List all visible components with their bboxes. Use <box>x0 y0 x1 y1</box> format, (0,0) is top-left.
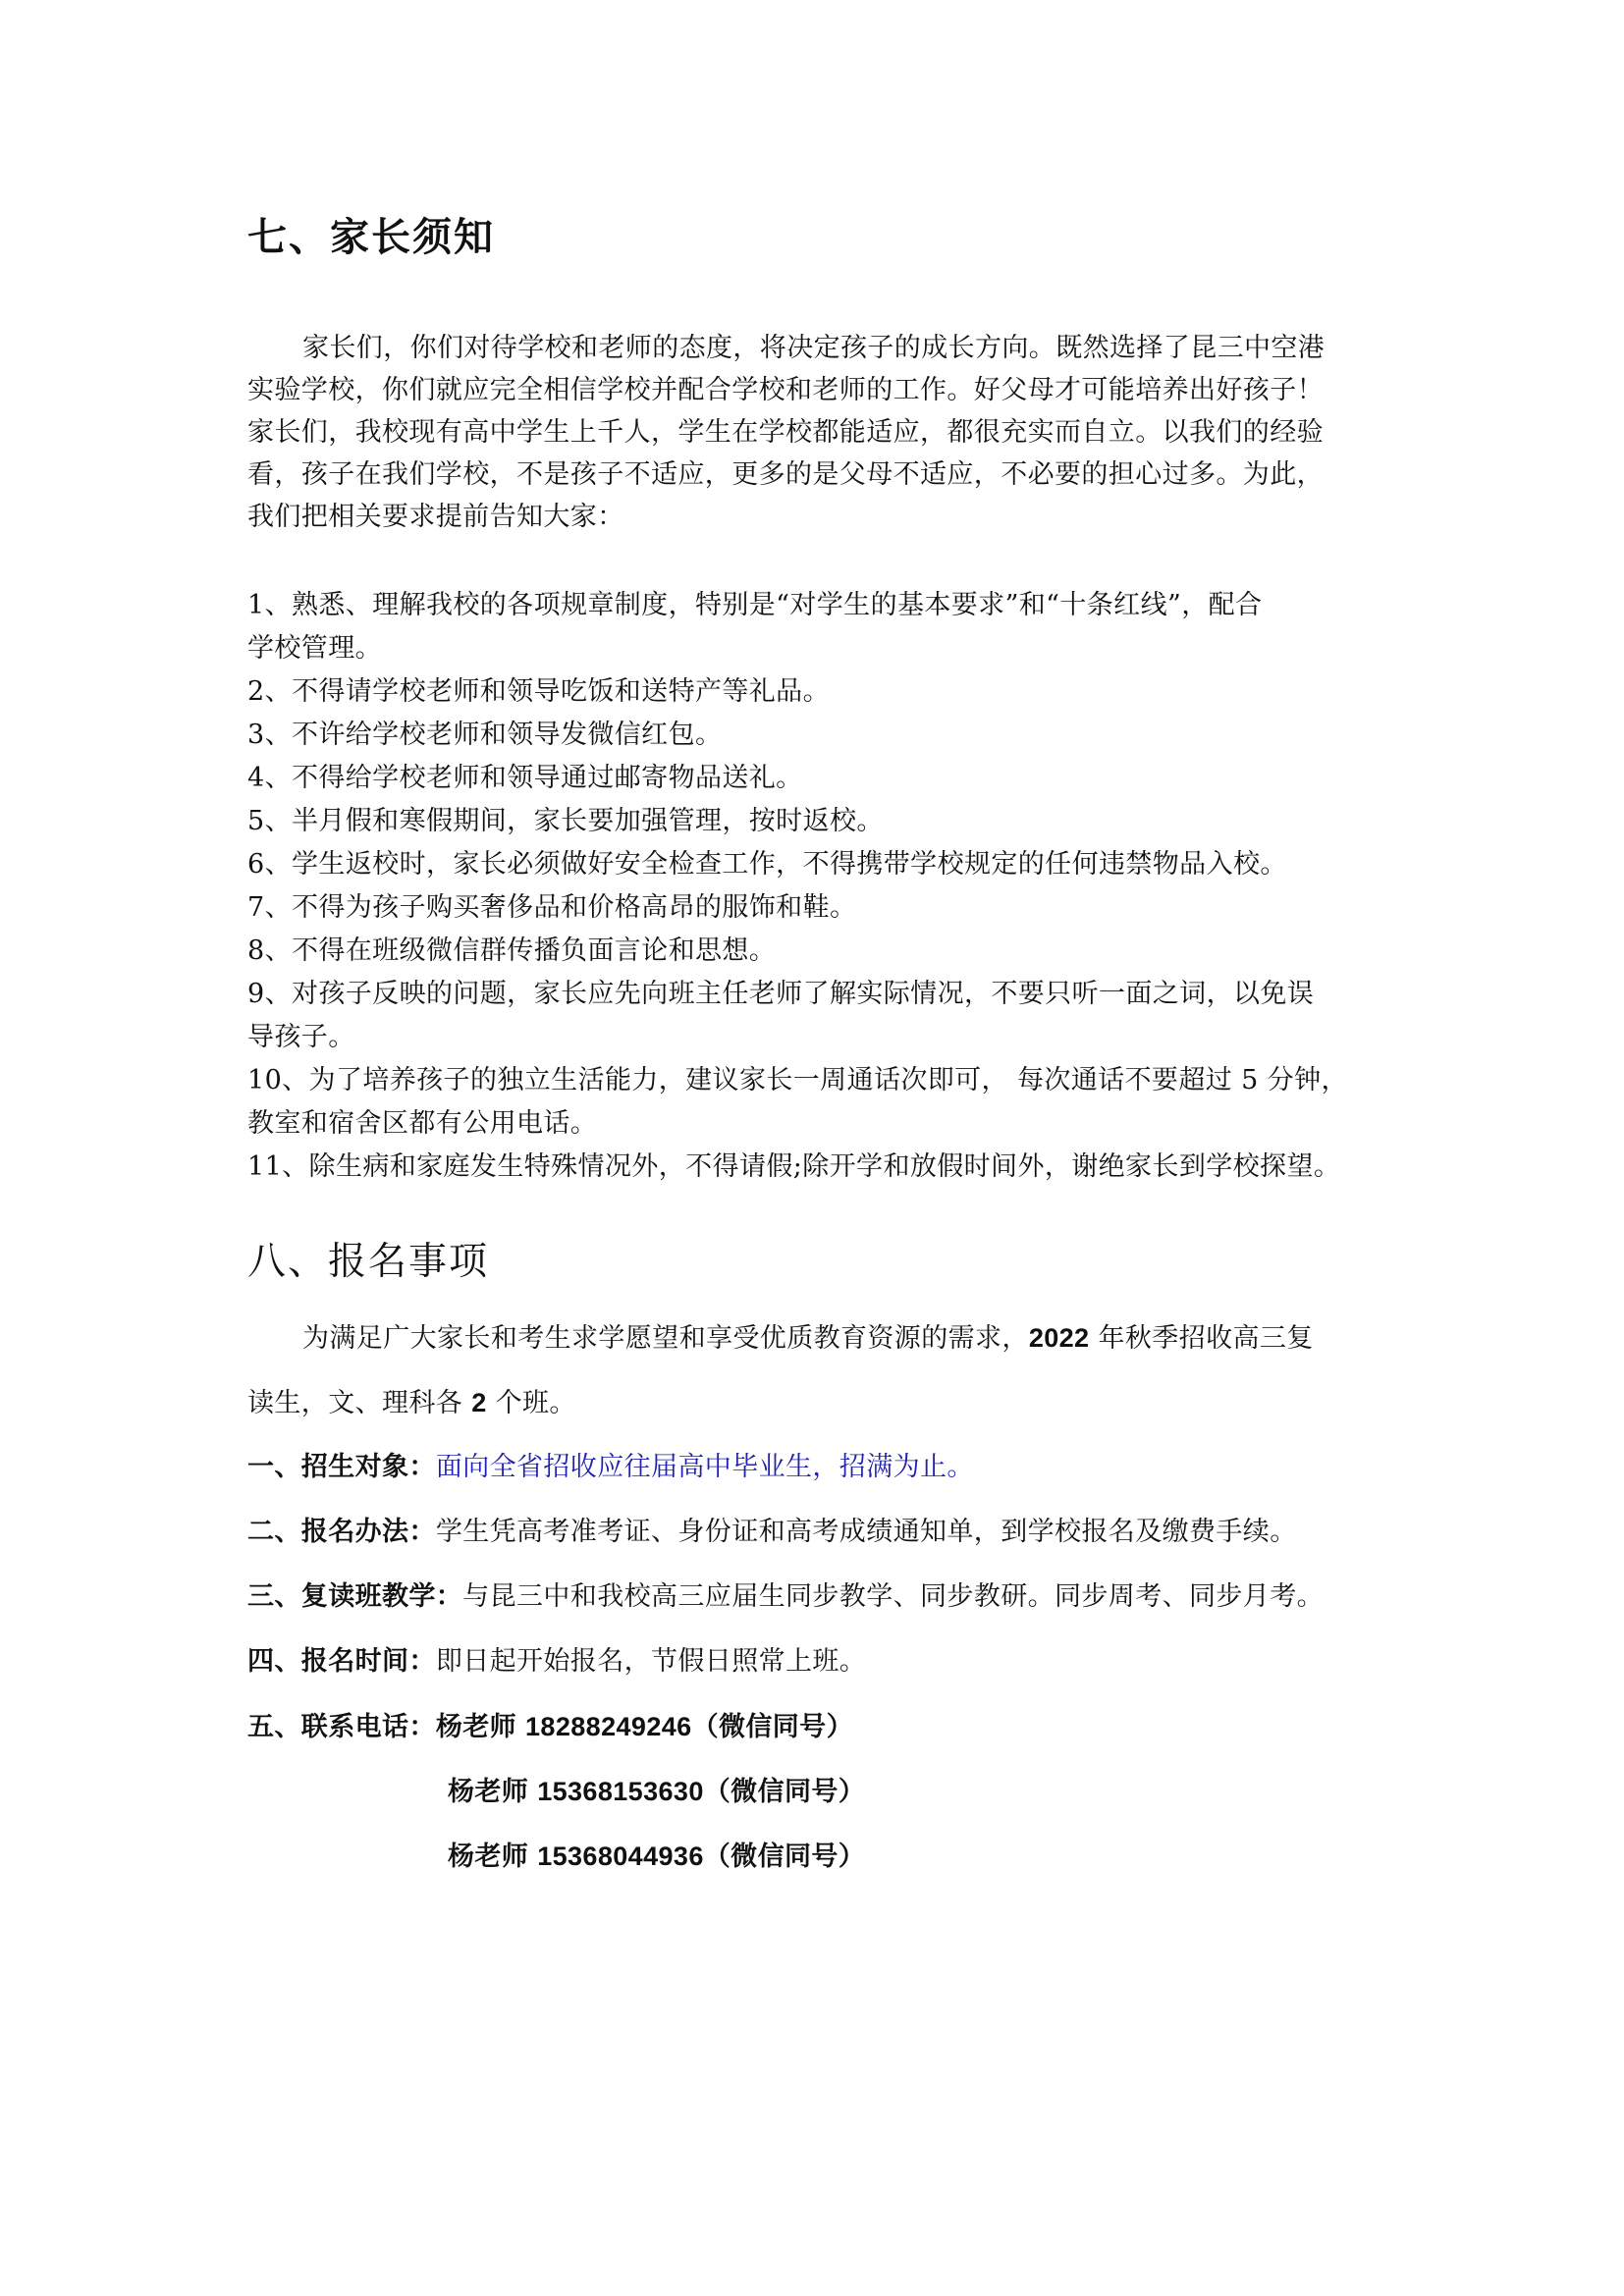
contact-note: （微信同号） <box>692 1712 853 1742</box>
rule-item-continued: 导孩子。 <box>247 1021 1377 1054</box>
item-label: 二、报名办法： <box>247 1517 436 1547</box>
contact-name: 杨老师 <box>436 1712 516 1742</box>
section-7-intro-line: 家长们，你们对待学校和老师的态度，将决定孩子的成长方向。既然选择了昆三中空港 <box>247 332 1432 365</box>
section-8-intro-line: 读生，文、理科各 2 个班。 <box>247 1386 1377 1420</box>
intro-year: 2022 <box>1029 1323 1090 1353</box>
item-text: 学生凭高考准考证、身份证和高考成绩通知单，到学校报名及缴费手续。 <box>436 1517 1297 1547</box>
contact-label: 五、联系电话： <box>247 1712 436 1742</box>
section-8-intro-line: 为满足广大家长和考生求学愿望和享受优质教育资源的需求，2022 年秋季招收高三复 <box>247 1321 1432 1356</box>
rule-item: 4、不得给学校老师和领导通过邮寄物品送礼。 <box>247 762 1377 795</box>
rule-item: 1、熟悉、理解我校的各项规章制度，特别是“对学生的基本要求”和“十条红线”，配合 <box>247 589 1377 622</box>
contact-phone: 15368044936 <box>537 1842 704 1871</box>
enrollment-item-time: 四、报名时间：即日起开始报名，节假日照常上班。 <box>247 1645 1377 1679</box>
rule-item-continued: 教室和宿舍区都有公用电话。 <box>247 1107 1377 1141</box>
intro-text: 个班。 <box>487 1388 576 1418</box>
section-7-intro-line: 看，孩子在我们学校，不是孩子不适应，更多的是父母不适应，不必要的担心过多。为此， <box>247 458 1377 492</box>
intro-text: 读生，文、理科各 <box>247 1388 471 1418</box>
rule-item: 3、不许给学校老师和领导发微信红包。 <box>247 719 1377 752</box>
intro-text: 为满足广大家长和考生求学愿望和享受优质教育资源的需求， <box>302 1323 1029 1354</box>
section-7-intro-line: 家长们，我校现有高中学生上千人，学生在学校都能适应，都很充实而自立。以我们的经验 <box>247 416 1377 450</box>
rule-item: 5、半月假和寒假期间，家长要加强管理，按时返校。 <box>247 805 1377 838</box>
document-page: 七、家长须知 家长们，你们对待学校和老师的态度，将决定孩子的成长方向。既然选择了… <box>0 0 1624 2296</box>
enrollment-item-teaching: 三、复读班教学：与昆三中和我校高三应届生同步教学、同步教研。同步周考、同步月考。 <box>247 1580 1377 1614</box>
enrollment-item-method: 二、报名办法：学生凭高考准考证、身份证和高考成绩通知单，到学校报名及缴费手续。 <box>247 1516 1377 1549</box>
contact-entry: 杨老师 15368044936（微信同号） <box>448 1840 1577 1874</box>
item-text: 面向全省招收应往届高中毕业生，招满为止。 <box>436 1452 974 1482</box>
section-7-intro-line: 实验学校，你们就应完全相信学校并配合学校和老师的工作。好父母才可能培养出好孩子！ <box>247 374 1377 407</box>
rule-item-continued: 学校管理。 <box>247 632 1377 666</box>
contact-block: 五、联系电话：杨老师 18288249246（微信同号） <box>247 1710 1377 1744</box>
item-label: 四、报名时间： <box>247 1646 436 1677</box>
item-text: 与昆三中和我校高三应届生同步教学、同步教研。同步周考、同步月考。 <box>462 1581 1324 1612</box>
contact-phone: 15368153630 <box>537 1777 704 1806</box>
item-text: 即日起开始报名，节假日照常上班。 <box>436 1646 866 1677</box>
section-8-heading: 八、报名事项 <box>247 1239 489 1286</box>
item-label: 三、复读班教学： <box>247 1581 462 1612</box>
rule-item: 11、除生病和家庭发生特殊情况外，不得请假;除开学和放假时间外，谢绝家长到学校探… <box>247 1150 1377 1184</box>
rule-item: 10、为了培养孩子的独立生活能力，建议家长一周通话次即可， 每次通话不要超过 5… <box>247 1064 1377 1097</box>
section-7-intro-line: 我们把相关要求提前告知大家： <box>247 501 1377 534</box>
contact-note: （微信同号） <box>704 1842 865 1872</box>
contact-phone: 18288249246 <box>525 1712 692 1741</box>
rule-item: 6、学生返校时，家长必须做好安全检查工作，不得携带学校规定的任何违禁物品入校。 <box>247 848 1377 881</box>
intro-text: 年秋季招收高三复 <box>1089 1323 1313 1354</box>
class-count: 2 <box>471 1388 486 1417</box>
rule-item: 9、对孩子反映的问题，家长应先向班主任老师了解实际情况，不要只听一面之词，以免误 <box>247 978 1377 1011</box>
contact-note: （微信同号） <box>704 1777 865 1807</box>
rule-item: 7、不得为孩子购买奢侈品和价格高昂的服饰和鞋。 <box>247 891 1377 925</box>
rule-item: 2、不得请学校老师和领导吃饭和送特产等礼品。 <box>247 675 1377 709</box>
enrollment-item-target: 一、招生对象：面向全省招收应往届高中毕业生，招满为止。 <box>247 1451 1377 1484</box>
section-7-heading: 七、家长须知 <box>247 214 495 261</box>
rule-item: 8、不得在班级微信群传播负面言论和思想。 <box>247 934 1377 968</box>
contact-name: 杨老师 <box>448 1777 528 1807</box>
contact-name: 杨老师 <box>448 1842 528 1872</box>
item-label: 一、招生对象： <box>247 1452 436 1482</box>
contact-entry: 杨老师 15368153630（微信同号） <box>448 1775 1577 1809</box>
